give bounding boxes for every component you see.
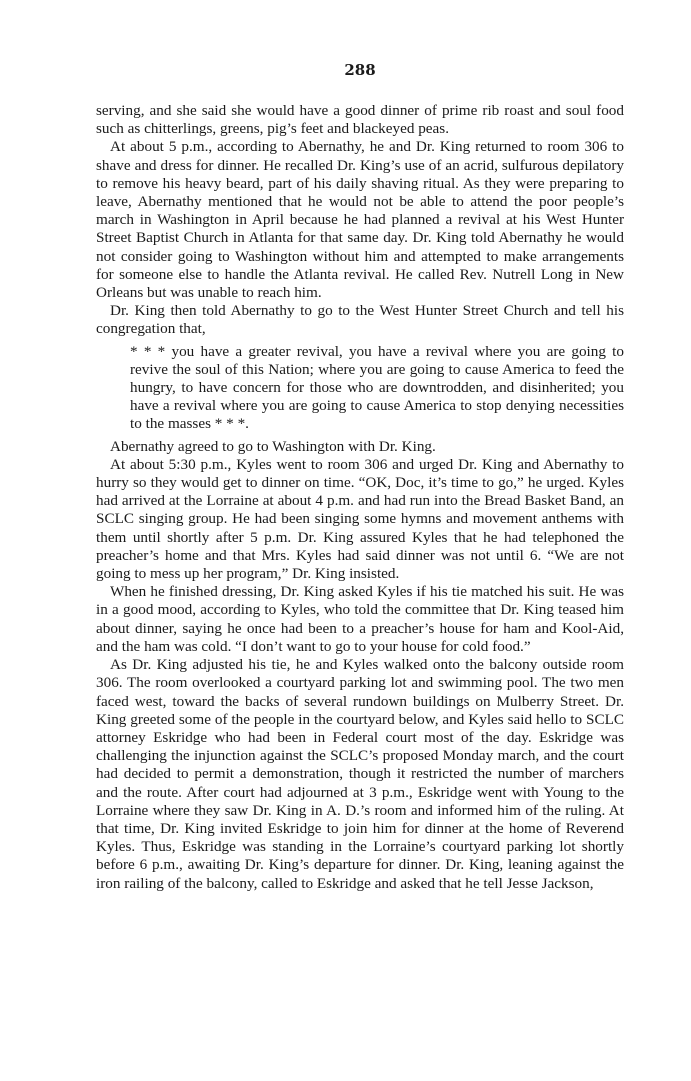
page-number: 288 (96, 58, 624, 88)
paragraph-dinner-menu: serving, and she said she would have a g… (96, 102, 624, 138)
block-quote-revival: * * * you have a greater revival, you ha… (130, 343, 624, 434)
paragraph-shave-and-dress: At about 5 p.m., according to Abernathy,… (96, 138, 624, 302)
paragraph-abernathy-agreed: Abernathy agreed to go to Washington wit… (96, 438, 624, 456)
document-page: 288 serving, and she said she would have… (96, 58, 624, 893)
paragraph-tie-matched: When he finished dressing, Dr. King aske… (96, 583, 624, 656)
paragraph-west-hunter-church: Dr. King then told Abernathy to go to th… (96, 302, 624, 338)
paragraph-kyles-room-306: At about 5:30 p.m., Kyles went to room 3… (96, 456, 624, 583)
paragraph-balcony: As Dr. King adjusted his tie, he and Kyl… (96, 656, 624, 893)
